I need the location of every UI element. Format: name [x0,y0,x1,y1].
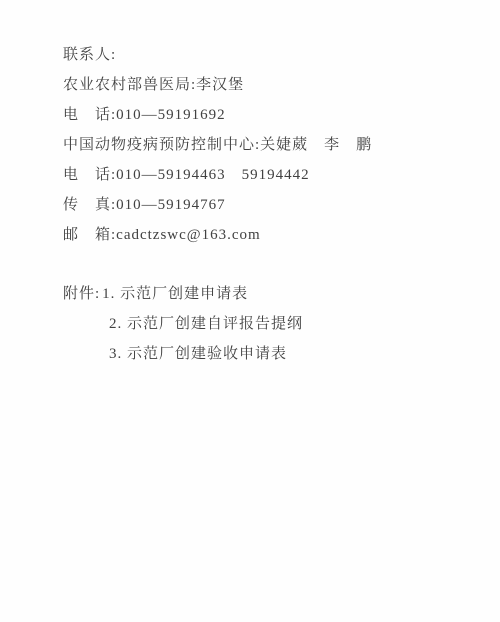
email-line: 邮 箱:cadctzswc@163.com [63,220,473,250]
document-content: 联系人: 农业农村部兽医局:李汉堡 电 话:010—59191692 中国动物疫… [63,40,473,369]
attachment-item-2: 2. 示范厂创建自评报告提纲 [63,309,473,339]
attachment-row-1: 附件: 1. 示范厂创建申请表 [63,279,473,309]
phone-line-cadc: 电 话:010—59194463 59194442 [63,160,473,190]
phone-line-vet-bureau: 电 话:010—59191692 [63,100,473,130]
attachment-item-3: 3. 示范厂创建验收申请表 [63,339,473,369]
org-cadc-line: 中国动物疫病预防控制中心:关婕葳 李 鹏 [63,130,473,160]
attachments-label: 附件: [63,279,100,309]
contact-person-heading: 联系人: [63,40,473,70]
attachment-item-1: 1. 示范厂创建申请表 [102,279,248,309]
attachments-section: 附件: 1. 示范厂创建申请表 2. 示范厂创建自评报告提纲 3. 示范厂创建验… [63,279,473,369]
document-page: 联系人: 农业农村部兽医局:李汉堡 电 话:010—59191692 中国动物疫… [0,0,500,622]
fax-line: 传 真:010—59194767 [63,190,473,220]
org-vet-bureau-line: 农业农村部兽医局:李汉堡 [63,70,473,100]
